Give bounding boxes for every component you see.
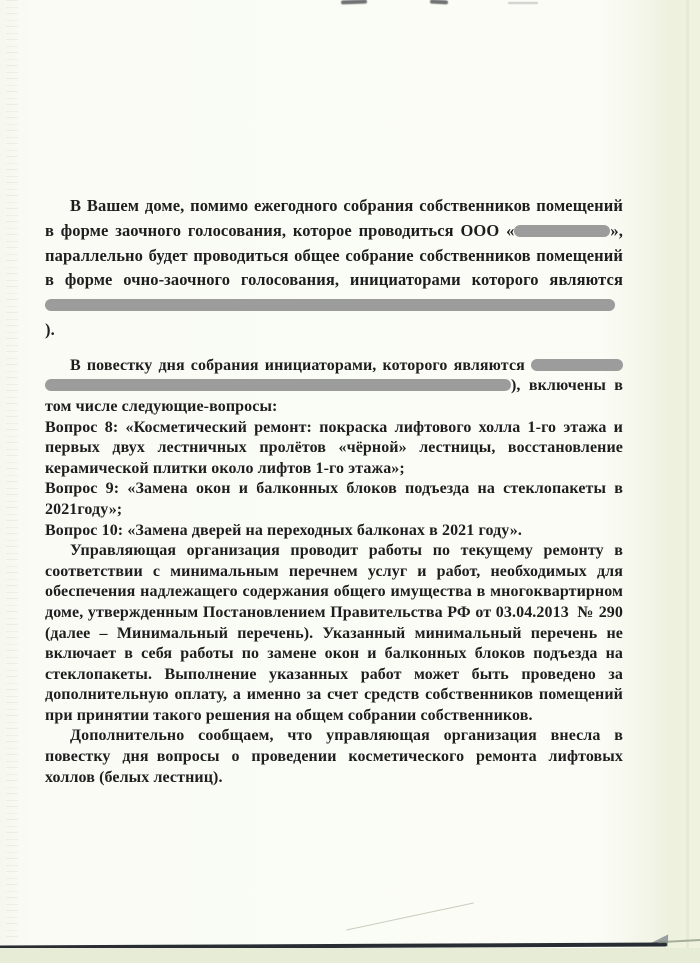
paragraph-management-org: Управляющая организация проводит работы … [45,541,623,726]
paragraph-question-10: Вопрос 10: «Замена дверей на переходных … [45,521,623,542]
paragraph-additional-info: Дополнительно сообщаем, что управляющая … [45,726,623,788]
redaction-bar [45,299,615,311]
paragraph-question-9: Вопрос 9: «Замена окон и балконных блоко… [45,479,623,520]
scanner-background-strip [0,948,700,963]
scan-noise-left-edge [6,0,18,940]
scanned-document: В Вашем доме, помимо ежегодного собрания… [0,0,700,963]
cutoff-text-remnant [508,2,538,4]
paragraph-question-8: Вопрос 8: «Косметический ремонт: покраск… [45,418,623,480]
redaction-bar [514,225,610,237]
redaction-bar [45,379,511,391]
redaction-bar [531,359,623,371]
text-block: В Вашем доме, помимо ежегодного собрания… [45,194,623,788]
paragraph-agenda: В повестку дня собрания инициаторами, ко… [45,356,623,418]
scan-right-seam [686,0,689,948]
paragraph-intro: В Вашем доме, помимо ежегодного собрания… [45,194,623,343]
